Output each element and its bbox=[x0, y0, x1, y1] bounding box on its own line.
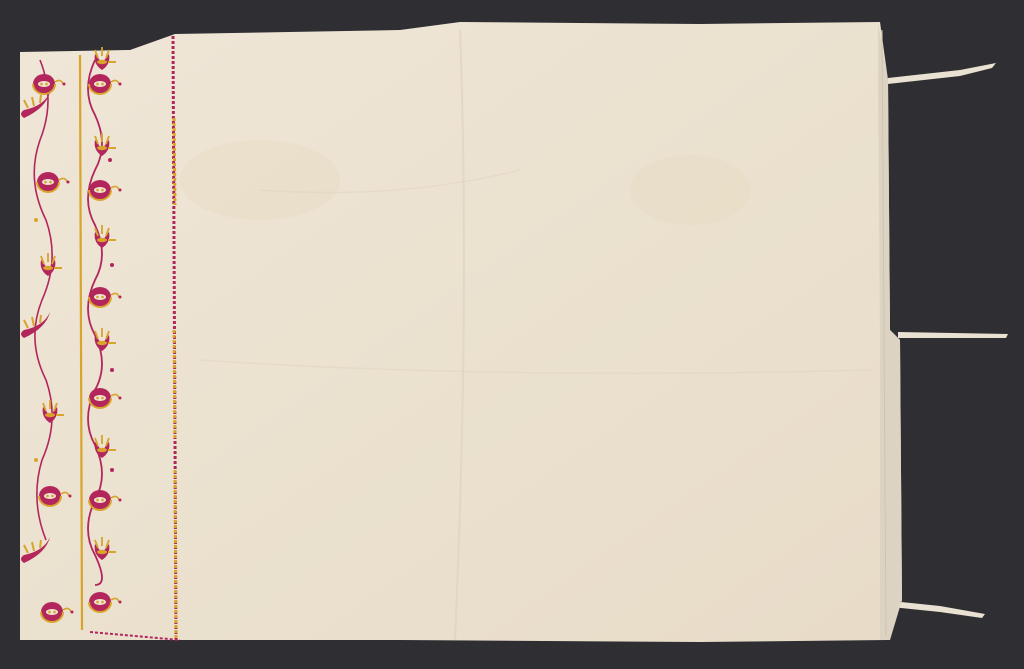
textile-photo bbox=[0, 0, 1024, 669]
linen-cloth bbox=[20, 22, 902, 642]
